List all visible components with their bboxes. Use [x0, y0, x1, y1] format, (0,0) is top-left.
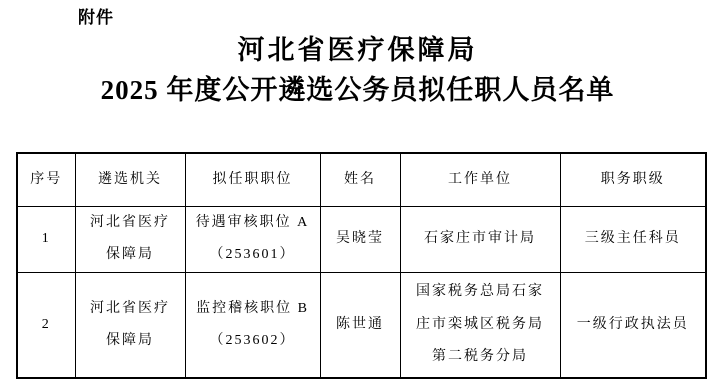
header-organ: 遴选机关 [75, 153, 185, 206]
appointment-list-table: 序号 遴选机关 拟任职职位 姓名 工作单位 职务职级 1 河北省医疗 保障局 待… [16, 152, 707, 379]
cell-organ: 河北省医疗 保障局 [75, 272, 185, 378]
table-row: 1 河北省医疗 保障局 待遇审核职位 A （253601） 吴晓莹 石家庄市审计… [17, 206, 706, 272]
header-seq: 序号 [17, 153, 75, 206]
cell-organ: 河北省医疗 保障局 [75, 206, 185, 272]
header-name: 姓名 [320, 153, 400, 206]
cell-name: 吴晓莹 [320, 206, 400, 272]
attachment-label: 附件 [78, 3, 114, 28]
header-rank: 职务职级 [560, 153, 706, 206]
cell-rank: 三级主任科员 [560, 206, 706, 272]
header-work-unit: 工作单位 [400, 153, 560, 206]
cell-position: 待遇审核职位 A （253601） [185, 206, 320, 272]
table-header-row: 序号 遴选机关 拟任职职位 姓名 工作单位 职务职级 [17, 153, 706, 206]
cell-seq: 1 [17, 206, 75, 272]
table-row: 2 河北省医疗 保障局 监控稽核职位 B （253602） 陈世通 国家税务总局… [17, 272, 706, 378]
cell-name: 陈世通 [320, 272, 400, 378]
cell-position: 监控稽核职位 B （253602） [185, 272, 320, 378]
title-line-1: 河北省医疗保障局 [0, 33, 715, 68]
cell-work-unit: 国家税务总局石家 庄市栾城区税务局 第二税务分局 [400, 272, 560, 378]
cell-seq: 2 [17, 272, 75, 378]
document-page: 附件 河北省医疗保障局 2025 年度公开遴选公务员拟任职人员名单 序号 遴选机… [0, 0, 715, 386]
title-line-2: 2025 年度公开遴选公务员拟任职人员名单 [0, 73, 715, 108]
header-position: 拟任职职位 [185, 153, 320, 206]
cell-rank: 一级行政执法员 [560, 272, 706, 378]
cell-work-unit: 石家庄市审计局 [400, 206, 560, 272]
document-title: 河北省医疗保障局 2025 年度公开遴选公务员拟任职人员名单 [0, 33, 715, 108]
